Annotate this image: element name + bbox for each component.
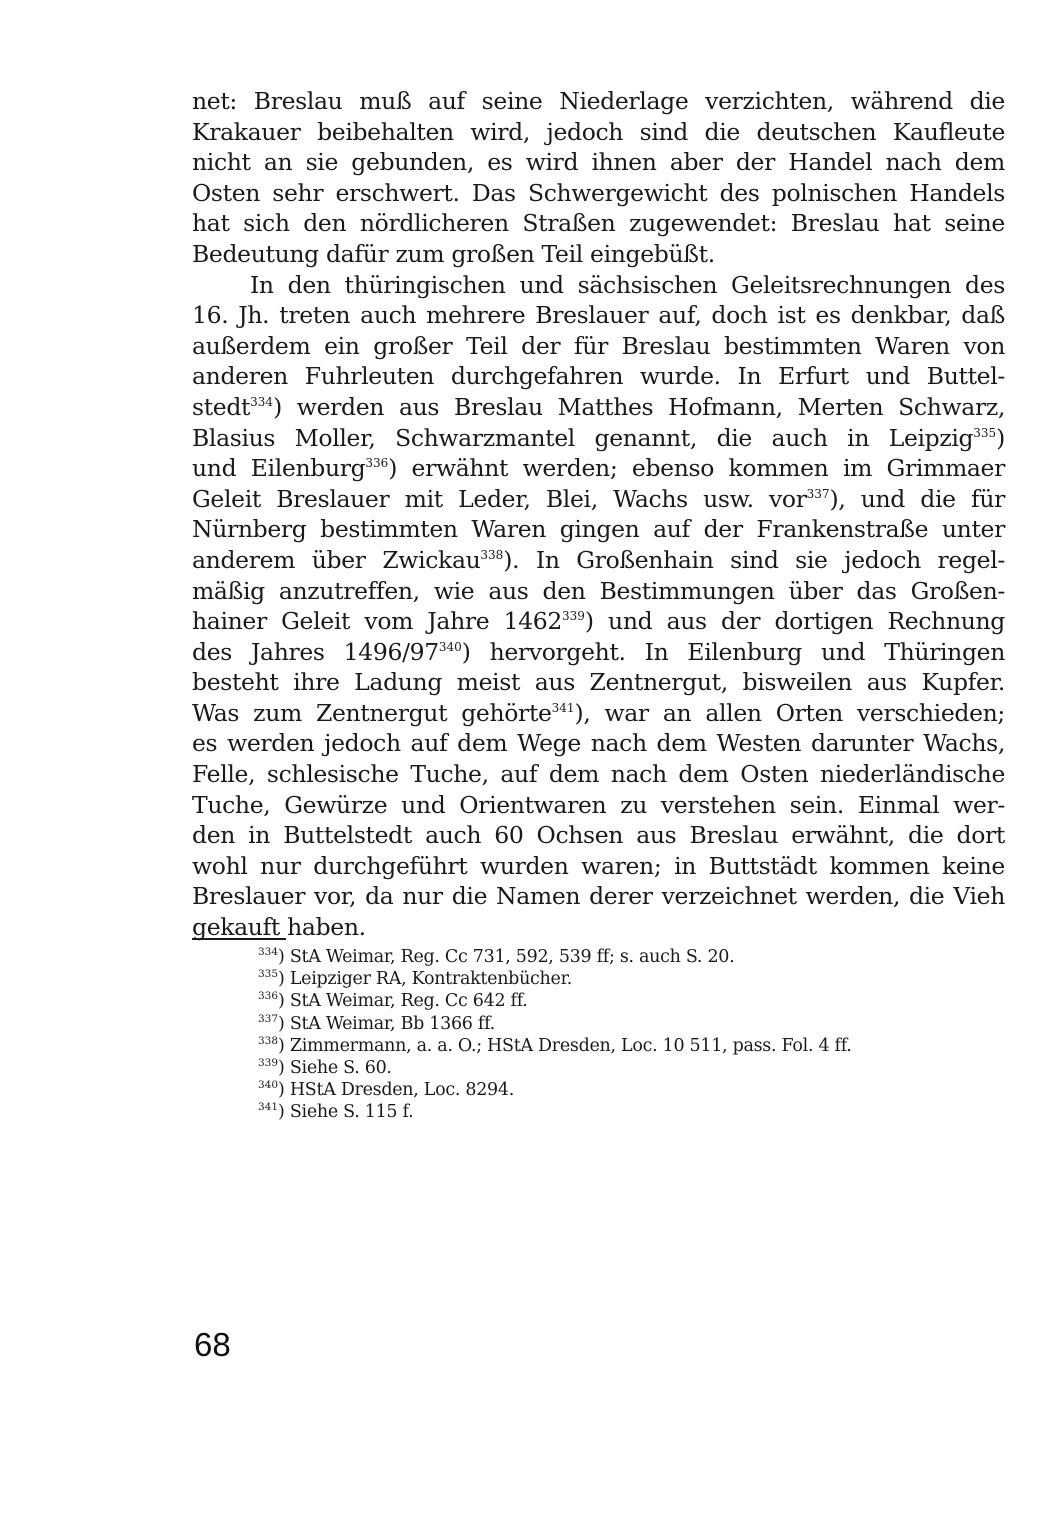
footnotes: 334) StA Weimar, Reg. Cc 731, 592, 539 f… (258, 946, 1018, 1124)
line-text: ) (996, 424, 1005, 452)
line-text: Geleit Breslauer mit Leder, Blei, Wachs … (192, 485, 807, 513)
text-line: nicht an sie gebunden, es wird ihnen abe… (192, 147, 1005, 178)
text-line: Osten sehr erschwert. Das Schwergewicht … (192, 178, 1005, 209)
text-line: Breslauer vor, da nur die Namen derer ve… (192, 881, 1005, 912)
line-text: ) werden aus Breslau Matthes Hofmann, Me… (273, 393, 1005, 421)
footnote-text: ) Zimmermann, a. a. O.; HStA Dresden, Lo… (278, 1036, 851, 1056)
line-text: Was zum Zentnergut gehörte (192, 699, 552, 727)
text-line: hainer Geleit vom Jahre 1462339) und aus… (192, 606, 1005, 637)
page-number: 68 (194, 1327, 231, 1363)
footnote-ref[interactable]: 335 (973, 426, 996, 440)
text-line: hat sich den nördlicheren Straßen zugewe… (192, 208, 1005, 239)
text-line: den in Buttelstedt auch 60 Ochsen aus Br… (192, 820, 1005, 851)
footnote-separator (192, 938, 286, 940)
text-line: stedt334) werden aus Breslau Matthes Hof… (192, 392, 1005, 423)
footnote-number: 336 (258, 990, 278, 1002)
text-line: anderem über Zwickau338). In Großenhain … (192, 545, 1005, 576)
footnote-number: 334 (258, 946, 278, 958)
footnote-text: ) StA Weimar, Reg. Cc 642 ff. (278, 991, 528, 1011)
text-line: Nürnberg bestimmten Waren gingen auf der… (192, 514, 1005, 545)
footnote-text: ) StA Weimar, Bb 1366 ff. (278, 1014, 495, 1034)
line-text: anderem über Zwickau (192, 546, 480, 574)
line-text: stedt (192, 393, 250, 421)
footnote-340: 340) HStA Dresden, Loc. 8294. (258, 1079, 1018, 1101)
footnote-339: 339) Siehe S. 60. (258, 1057, 1018, 1079)
line-text: und Eilenburg (192, 454, 365, 482)
footnote-337: 337) StA Weimar, Bb 1366 ff. (258, 1013, 1018, 1035)
footnote-334: 334) StA Weimar, Reg. Cc 731, 592, 539 f… (258, 946, 1018, 968)
footnote-ref[interactable]: 339 (562, 609, 585, 623)
text-line: mäßig anzutreffen, wie aus den Bestimmun… (192, 576, 1005, 607)
text-line: 16. Jh. treten auch mehrere Breslauer au… (192, 300, 1005, 331)
footnote-text: ) Leipziger RA, Kontraktenbücher. (278, 969, 572, 989)
text-line: net: Breslau muß auf seine Niederlage ve… (192, 86, 1005, 117)
footnote-number: 340 (258, 1079, 278, 1091)
text-line: außerdem ein großer Teil der für Breslau… (192, 331, 1005, 362)
text-line: Geleit Breslauer mit Leder, Blei, Wachs … (192, 484, 1005, 515)
footnote-ref[interactable]: 334 (250, 395, 273, 409)
footnote-number: 335 (258, 968, 278, 980)
footnote-text: ) HStA Dresden, Loc. 8294. (278, 1080, 514, 1100)
body-text: net: Breslau muß auf seine Niederlage ve… (192, 86, 1005, 943)
footnote-ref[interactable]: 336 (365, 456, 388, 470)
text-line: Was zum Zentnergut gehörte341), war an a… (192, 698, 1005, 729)
text-line: und Eilenburg336) erwähnt werden; ebenso… (192, 453, 1005, 484)
footnote-ref[interactable]: 337 (807, 487, 830, 501)
footnote-number: 339 (258, 1057, 278, 1069)
text-line: des Jahres 1496/97340) hervorgeht. In Ei… (192, 637, 1005, 668)
footnote-text: ) Siehe S. 60. (278, 1058, 392, 1078)
text-line: anderen Fuhrleuten durchgefahren wurde. … (192, 361, 1005, 392)
line-text: ), und die für (830, 485, 1005, 513)
line-text: ). In Großenhain sind sie jedoch regel- (503, 546, 1005, 574)
footnote-text: ) StA Weimar, Reg. Cc 731, 592, 539 ff; … (278, 947, 734, 967)
footnote-number: 341 (258, 1101, 278, 1113)
text-line: Bedeutung dafür zum großen Teil eingebüß… (192, 239, 1005, 270)
footnote-number: 337 (258, 1013, 278, 1025)
footnote-number: 338 (258, 1035, 278, 1047)
footnote-text: ) Siehe S. 115 f. (278, 1102, 413, 1122)
line-text: hainer Geleit vom Jahre 1462 (192, 607, 562, 635)
text-line: es werden jedoch auf dem Wege nach dem W… (192, 728, 1005, 759)
footnote-338: 338) Zimmermann, a. a. O.; HStA Dresden,… (258, 1035, 1018, 1057)
footnote-ref[interactable]: 338 (480, 548, 503, 562)
text-line: Krakauer beibehalten wird, jedoch sind d… (192, 117, 1005, 148)
paragraph-start-line: In den thüringischen und sächsischen Gel… (192, 270, 1005, 301)
line-text: ), war an allen Orten verschieden; (575, 699, 1005, 727)
text-line: Tuche, Gewürze und Orientwaren zu verste… (192, 790, 1005, 821)
book-page: net: Breslau muß auf seine Niederlage ve… (0, 0, 1063, 1535)
line-text: ) erwähnt werden; ebenso kommen im Grimm… (388, 454, 1005, 482)
line-text: ) hervorgeht. In Eilenburg und Thüringen (462, 638, 1005, 666)
footnote-341: 341) Siehe S. 115 f. (258, 1101, 1018, 1123)
text-line: gekauft haben. (192, 912, 1005, 943)
line-text: ) und aus der dortigen Rechnung (585, 607, 1005, 635)
text-line: Felle, schlesische Tuche, auf dem nach d… (192, 759, 1005, 790)
text-line: besteht ihre Ladung meist aus Zentnergut… (192, 667, 1005, 698)
text-line: wohl nur durchgeführt wurden waren; in B… (192, 851, 1005, 882)
line-text: des Jahres 1496/97 (192, 638, 439, 666)
text-line: Blasius Moller, Schwarzmantel genannt, d… (192, 423, 1005, 454)
footnote-ref[interactable]: 340 (439, 640, 462, 654)
line-text: Blasius Moller, Schwarzmantel genannt, d… (192, 424, 973, 452)
footnote-335: 335) Leipziger RA, Kontraktenbücher. (258, 968, 1018, 990)
footnote-ref[interactable]: 341 (552, 701, 575, 715)
footnote-336: 336) StA Weimar, Reg. Cc 642 ff. (258, 990, 1018, 1012)
